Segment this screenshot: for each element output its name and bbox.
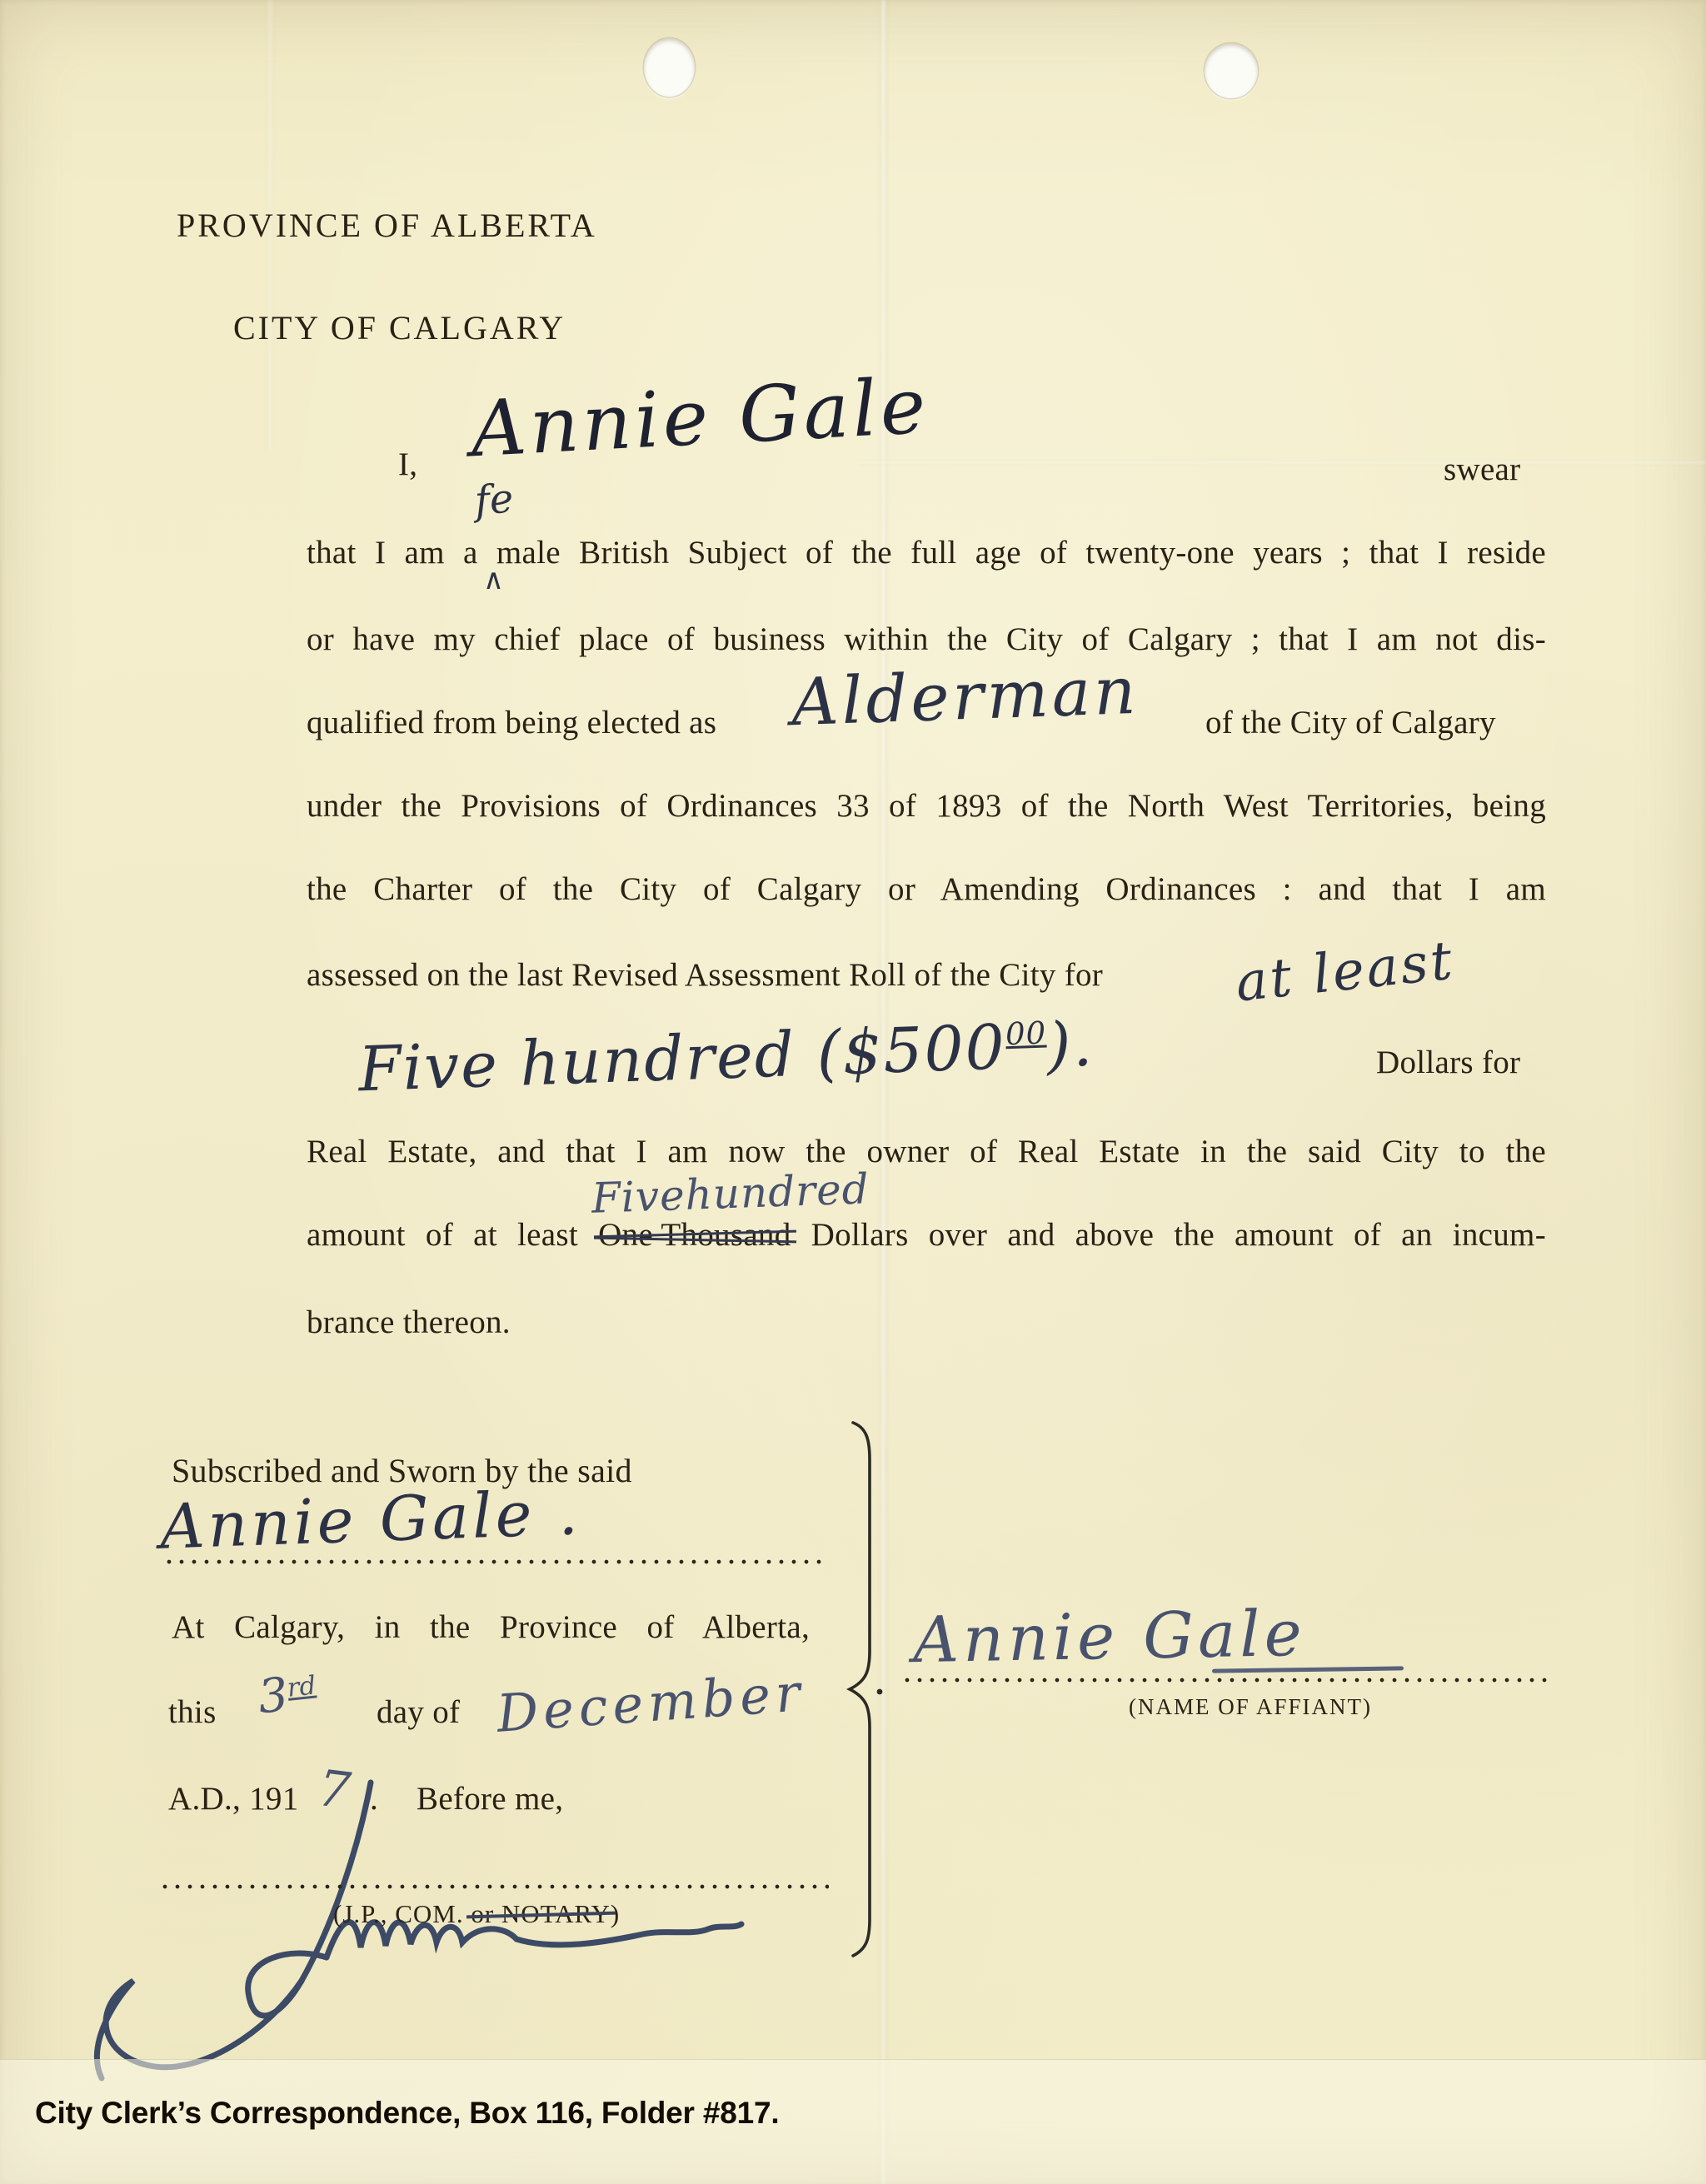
oath-line-charter: the Charter of the City of Calgary or Am…: [307, 870, 1546, 908]
jurat-brace: [840, 1419, 898, 1959]
affidavit-scan-page: PROVINCE OF ALBERTA CITY OF CALGARY I, A…: [0, 0, 1706, 2184]
oath-line-amount: amount of at least One Thousand Dollars …: [307, 1216, 1546, 1254]
oath-line-assessed: assessed on the last Revised Assessment …: [307, 956, 1103, 994]
amount-words: Five hundred: [357, 1019, 797, 1105]
affiant-signature-left-text: Annie Gale: [159, 1478, 536, 1563]
office-handwritten: Alderman: [791, 654, 1140, 741]
amount-cents: 00: [1005, 1015, 1047, 1053]
month-handwritten: December: [495, 1662, 807, 1744]
archive-caption: City Clerk’s Correspondence, Box 116, Fo…: [35, 2096, 779, 2131]
horizontal-crease: [858, 460, 1706, 466]
signature-dotted-line-left: [167, 1559, 825, 1564]
day-ordinal: rd: [286, 1670, 317, 1703]
affiant-signature-left: Annie Gale .: [159, 1477, 582, 1563]
amount-struck-text: One Thousand: [598, 1216, 791, 1254]
signature-dotted-line-right: [905, 1678, 1554, 1683]
amount-line-suffix: Dollars over and above the amount of an …: [811, 1217, 1546, 1253]
oath-line-brance: brance thereon.: [307, 1304, 511, 1341]
oath-line-ordinance: under the Provisions of Ordinances 33 of…: [307, 787, 1546, 825]
at-least-handwritten: at least: [1233, 930, 1458, 1014]
city-heading: CITY OF CALGARY: [233, 308, 566, 347]
jp-com-notary-label: (J.P., COM. or NOTARY): [333, 1899, 620, 1929]
oath-line-office-prefix: qualified from being elected as: [307, 704, 716, 741]
punch-hole-left: [644, 38, 695, 97]
amount-close: ).: [1045, 1009, 1095, 1082]
amount-line-prefix: amount of at least: [307, 1217, 578, 1253]
at-calgary-line: At Calgary, in the Province of Alberta,: [172, 1608, 810, 1646]
affiant-signature-right: Annie Gale: [912, 1596, 1306, 1677]
oath-line-office-suffix: of the City of Calgary: [1205, 704, 1496, 741]
oath-line-subject: that I am a male British Subject of the …: [307, 534, 1546, 571]
this-label: this: [168, 1693, 217, 1731]
oath-line-residence: or have my chief place of business withi…: [307, 621, 1546, 658]
jp-label-struck: or NOTARY: [471, 1899, 611, 1929]
affiant-signature-left-period: .: [556, 1477, 582, 1549]
oath-line-real-estate: Real Estate, and that I am now the owner…: [307, 1133, 1546, 1170]
province-heading: PROVINCE OF ALBERTA: [177, 206, 597, 245]
punch-hole-right: [1205, 43, 1258, 98]
gender-insertion-handwritten: fe: [473, 475, 515, 524]
signature-dotted-line-commissioner: [162, 1884, 829, 1889]
day-handwritten: 3rd: [256, 1665, 319, 1725]
dollars-for-label: Dollars for: [1376, 1044, 1520, 1081]
name-of-affiant-label: (NAME OF AFFIANT): [1129, 1694, 1372, 1720]
day-of-label: day of: [377, 1693, 460, 1731]
amount-parens: ($500: [816, 1011, 1007, 1090]
swear-label: swear: [1444, 451, 1520, 488]
affiant-name-handwritten: Annie Gale: [469, 362, 931, 475]
amount-handwritten: Five hundred ($50000).: [357, 1009, 1095, 1106]
amount-correction-handwritten: Fivehundred: [591, 1164, 870, 1223]
oath-i-label: I,: [398, 446, 417, 483]
jp-label-prefix: (J.P., COM.: [333, 1899, 464, 1928]
